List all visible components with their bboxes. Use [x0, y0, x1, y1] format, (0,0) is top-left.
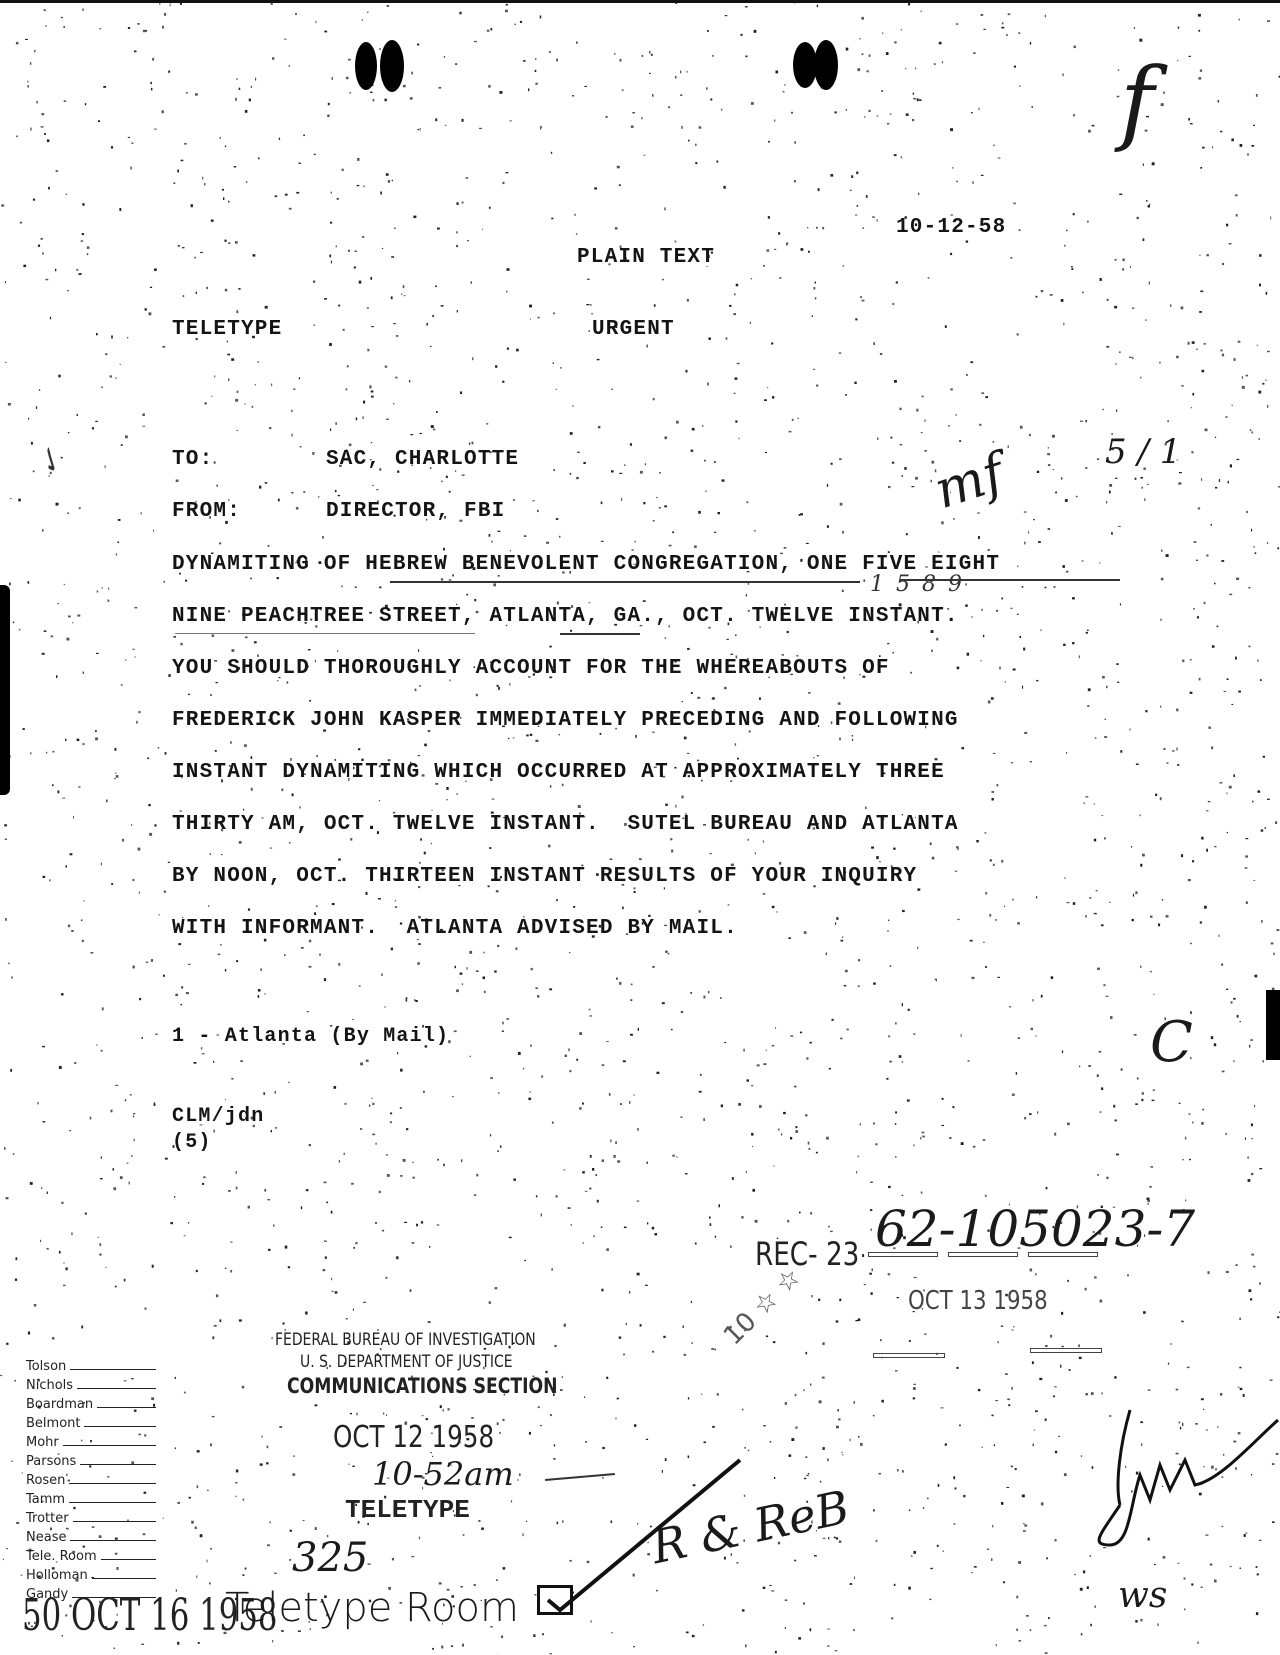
routing-name: Tele. Room: [26, 1549, 97, 1564]
routing-name: Tamm: [26, 1492, 65, 1507]
routing-row: Rosen: [26, 1469, 156, 1488]
routing-row: Trotter: [26, 1507, 156, 1526]
punch-hole: [355, 42, 377, 90]
rec-stamp: REC- 23: [755, 1235, 859, 1273]
body-line: INSTANT DYNAMITING WHICH OCCURRED AT APP…: [172, 761, 945, 784]
routing-name: Trotter: [26, 1511, 69, 1526]
file-number-line: [948, 1252, 1018, 1257]
body-line: BY NOON, OCT. THIRTEEN INSTANT RESULTS O…: [172, 865, 917, 888]
routing-name: Boardman: [26, 1397, 93, 1412]
handwritten-margin-note: C: [1150, 1010, 1193, 1075]
comm-stamp-section: COMMUNICATIONS SECTION: [287, 1374, 558, 1398]
transmission-type: PLAIN TEXT: [577, 246, 715, 269]
routing-row: Mohr: [26, 1431, 156, 1450]
indexed-date-stamp: OCT 13 1958: [908, 1286, 1048, 1316]
underline-mark: [390, 581, 860, 583]
underline-mark: [175, 633, 475, 634]
routing-row: Boardman: [26, 1393, 156, 1412]
medium-label: TELETYPE: [172, 318, 282, 341]
handwritten-interlinear-note: 1589: [870, 572, 974, 597]
routing-row: Nichols: [26, 1374, 156, 1393]
routing-name: Parsons: [26, 1454, 76, 1469]
routing-row: Tamm: [26, 1488, 156, 1507]
document-date: 10-12-58: [896, 216, 1006, 239]
routing-name: Holloman: [26, 1568, 88, 1583]
from-label: FROM:: [172, 500, 241, 523]
routing-line: [63, 1445, 156, 1446]
body-line: WITH INFORMANT. ATLANTA ADVISED BY MAIL.: [172, 917, 738, 940]
routing-line: [97, 1407, 156, 1408]
comm-stamp-date: OCT 12 1958: [333, 1420, 494, 1455]
routing-row: Parsons: [26, 1450, 156, 1469]
copy-note: 1 - Atlanta (By Mail): [172, 1025, 449, 1048]
body-line: FREDERICK JOHN KASPER IMMEDIATELY PRECED…: [172, 709, 959, 732]
handwritten-bottom-initials: ws: [1118, 1575, 1167, 1616]
routing-row: Belmont: [26, 1412, 156, 1431]
routing-row: Tele. Room: [26, 1545, 156, 1564]
punch-hole: [380, 40, 404, 92]
priority-label: URGENT: [592, 318, 675, 341]
handwritten-number-note: 325: [292, 1535, 368, 1581]
body-line: YOU SHOULD THOROUGHLY ACCOUNT FOR THE WH…: [172, 657, 890, 680]
handwritten-serial-mark: 5 / 1: [1105, 432, 1181, 472]
routing-name: Tolson: [26, 1359, 66, 1374]
file-number-line: [1028, 1252, 1098, 1257]
scan-edge-right: [1266, 990, 1280, 1060]
comm-stamp-agency: FEDERAL BUREAU OF INVESTIGATION: [275, 1330, 536, 1350]
routing-line: [70, 1540, 156, 1541]
scan-edge-top: [0, 0, 1280, 3]
routing-line: [77, 1388, 156, 1389]
body-line: NINE PEACHTREE STREET, ATLANTA, GA., OCT…: [172, 605, 959, 628]
routing-row: Holloman: [26, 1564, 156, 1583]
routing-line: [80, 1464, 156, 1465]
to-value: SAC, CHARLOTTE: [326, 448, 519, 471]
routing-list: Tolson Nichols Boardman Belmont Mohr Par…: [26, 1355, 156, 1602]
routing-line: [84, 1426, 156, 1427]
routing-line: [70, 1369, 156, 1370]
comm-stamp-department: U. S. DEPARTMENT OF JUSTICE: [300, 1352, 513, 1372]
routing-line: [101, 1559, 156, 1560]
routing-name: Nease: [26, 1530, 66, 1545]
signature-stroke-icon: [1090, 1405, 1280, 1555]
scan-edge-left: [0, 585, 10, 795]
to-label: TO:: [172, 448, 213, 471]
handwritten-margin-scribble: ✓: [29, 443, 72, 482]
typist-initials: CLM/jdn: [172, 1105, 264, 1128]
routing-row: Nease: [26, 1526, 156, 1545]
handwritten-teletype-room-note: Teletype Room: [225, 1585, 519, 1631]
underline-mark: [560, 633, 640, 635]
handwritten-time-note: 10-52am: [372, 1455, 514, 1493]
indexed-line: [1030, 1348, 1102, 1353]
comm-stamp-medium: TELETYPE: [345, 1495, 470, 1525]
body-line: THIRTY AM, OCT. TWELVE INSTANT. SUTEL BU…: [172, 813, 959, 836]
routing-line: [69, 1502, 156, 1503]
handwritten-initial-top: f: [1120, 48, 1154, 155]
handwritten-initials-signature: mf: [927, 443, 1011, 521]
punch-hole: [814, 40, 838, 90]
from-value: DIRECTOR, FBI: [326, 500, 505, 523]
routing-name: Rosen: [26, 1473, 65, 1488]
copies-count: (5): [172, 1131, 212, 1154]
rotated-record-stamp: 10 ☆ ☆: [718, 1262, 807, 1351]
routing-name: Belmont: [26, 1416, 80, 1431]
handwritten-file-number: 62-105023-7: [875, 1200, 1195, 1258]
routing-line: [73, 1521, 156, 1522]
indexed-line: [873, 1353, 945, 1358]
file-number-line: [868, 1252, 938, 1257]
routing-line: [92, 1578, 156, 1579]
routing-name: Nichols: [26, 1378, 73, 1393]
routing-name: Mohr: [26, 1435, 59, 1450]
routing-row: Tolson: [26, 1355, 156, 1374]
routing-line: [69, 1483, 156, 1484]
